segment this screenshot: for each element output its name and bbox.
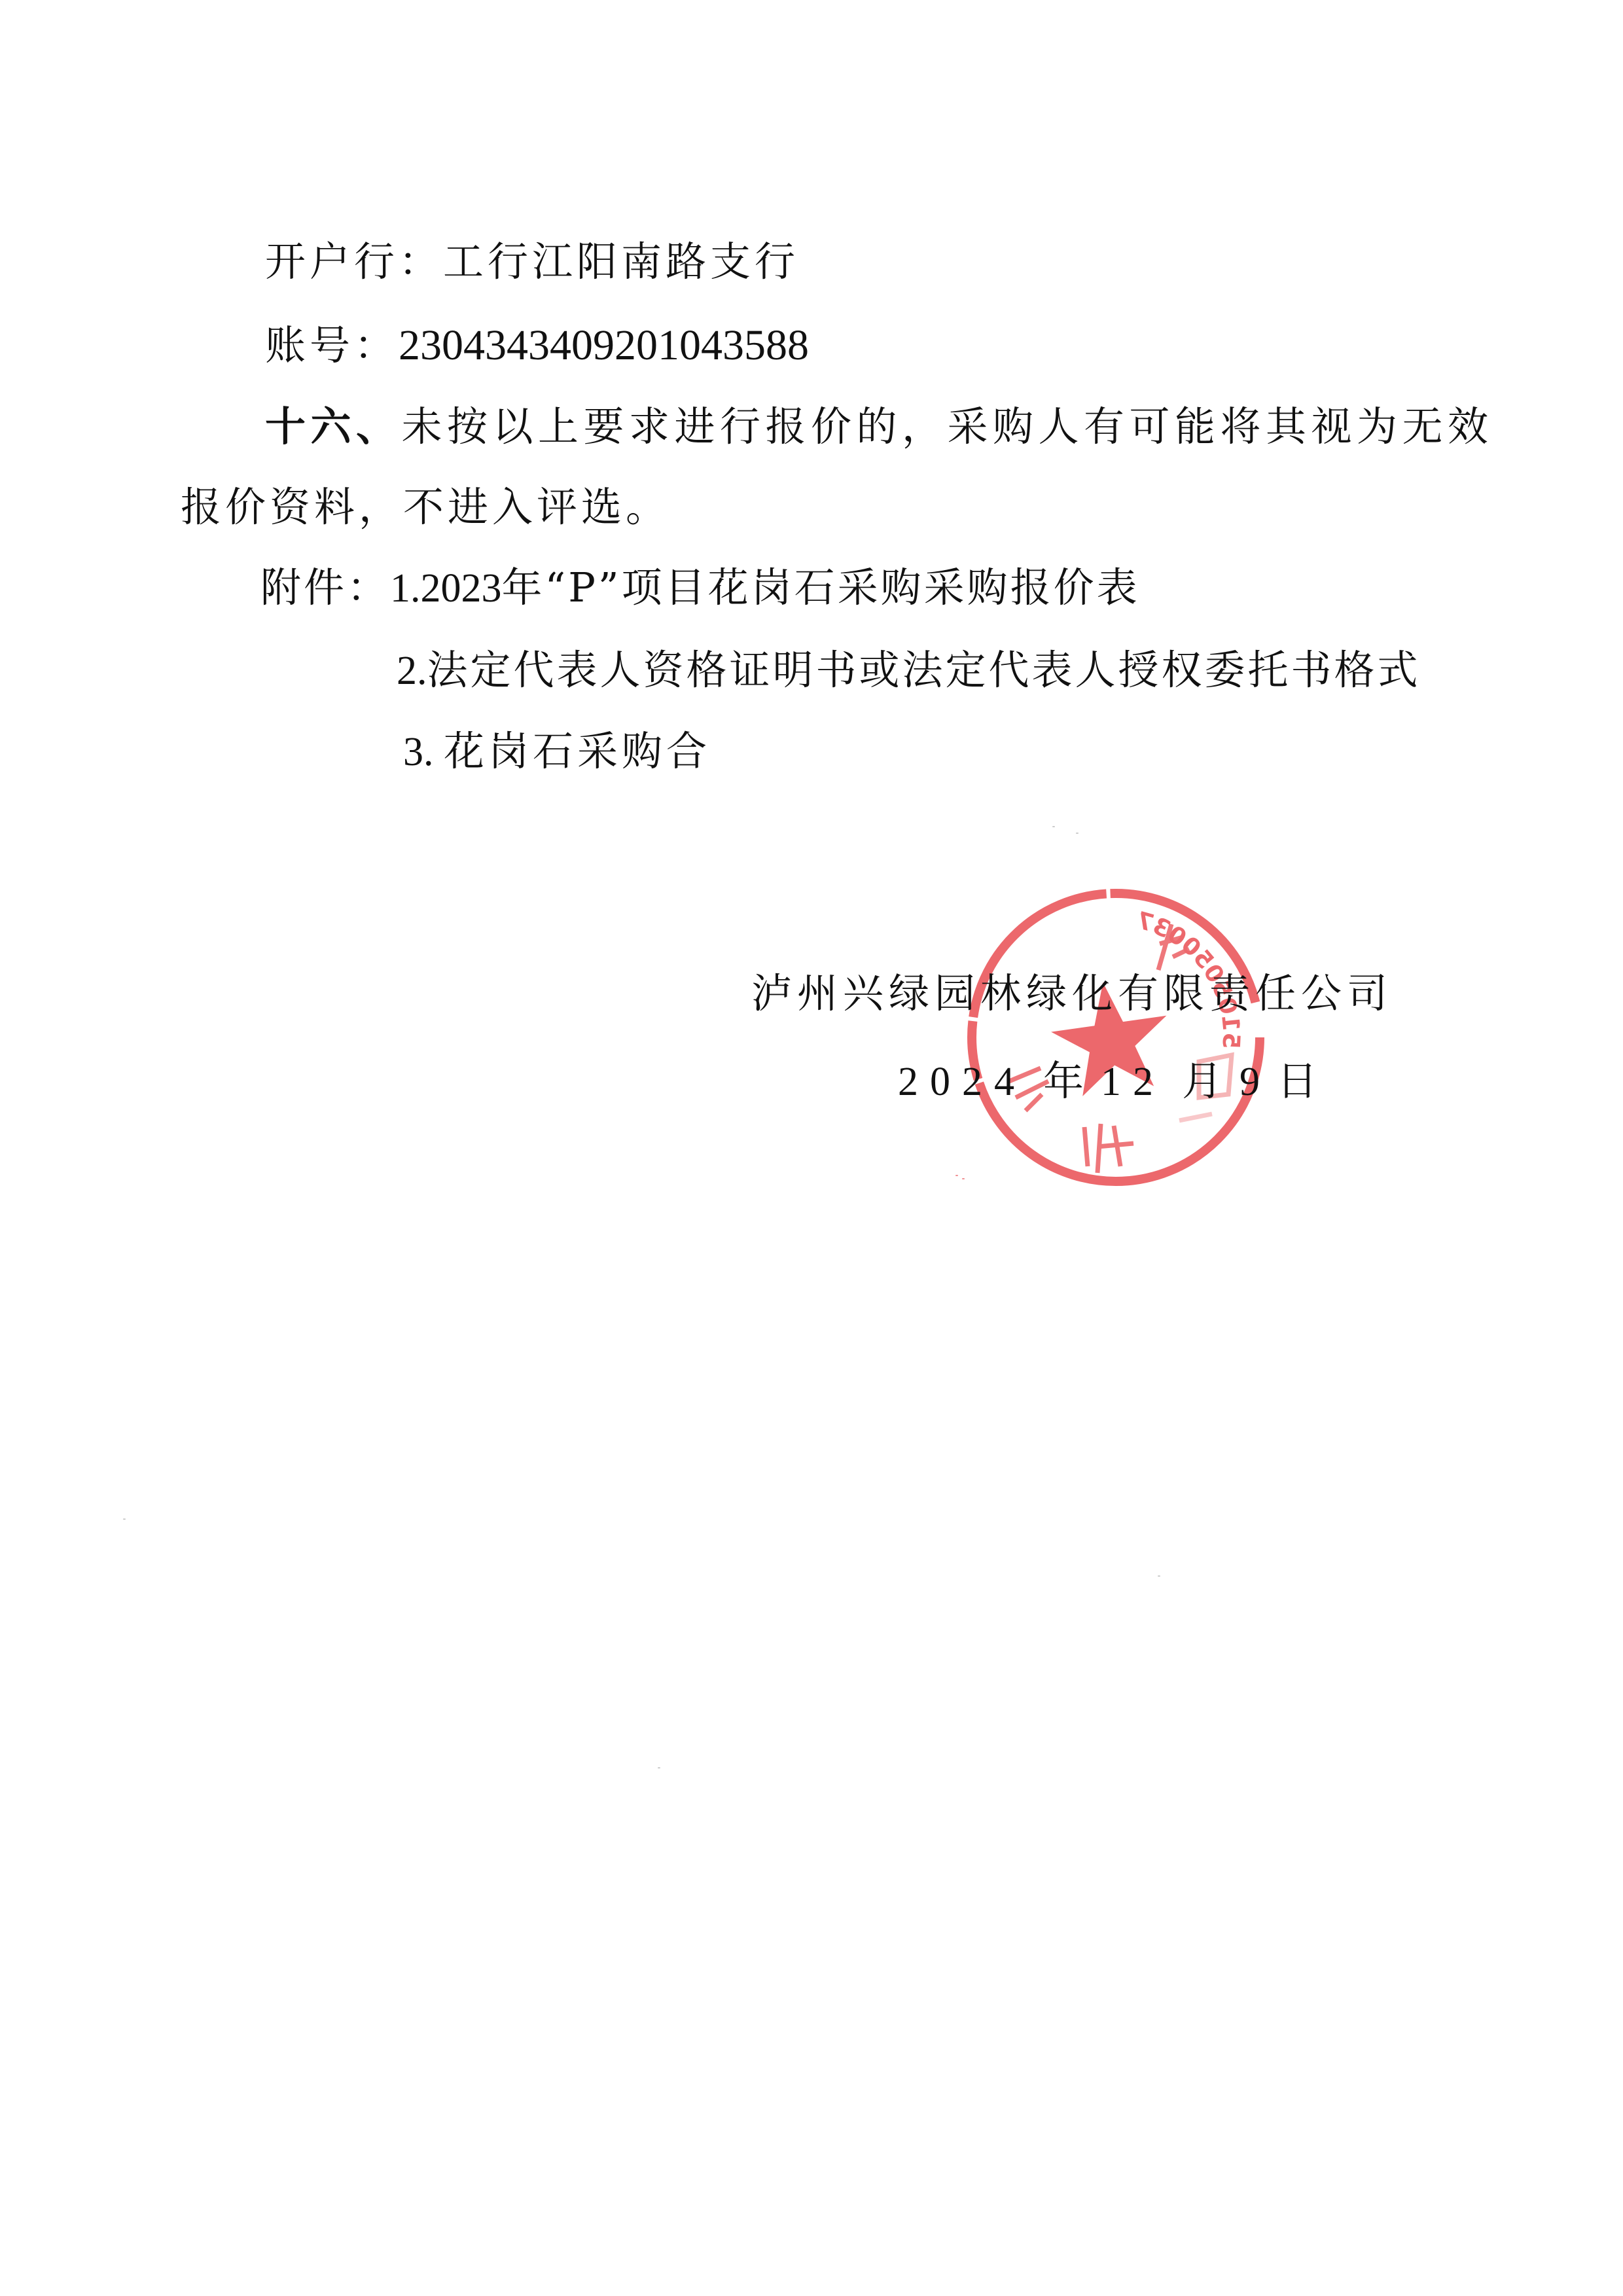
attachment-3-number: 3. — [403, 730, 444, 774]
clause-16-line-1: 十六、未按以上要求进行报价的，采购人有可能将其视为无效 — [265, 401, 1493, 453]
official-seal-icon: 5105050037 — [963, 885, 1268, 1190]
signature-date: 2024年12月9日 — [898, 1055, 1317, 1108]
date-month: 12 — [1101, 1056, 1165, 1108]
account-number: 2304343409201043588 — [399, 321, 809, 369]
attachment-2-number: 2. — [397, 649, 427, 693]
clause-text: 未按以上要求进行报价的，采购人有可能将其视为无效 — [402, 403, 1493, 450]
bank-label: 开户行： — [265, 238, 443, 285]
bank-name: 工行江阳南路支行 — [443, 238, 799, 285]
date-day: 9 — [1240, 1056, 1260, 1108]
attachments-label: 附件： — [260, 564, 390, 611]
seal-speck — [955, 1175, 958, 1176]
seal-speck — [962, 1178, 965, 1179]
scan-speck — [658, 1767, 660, 1768]
scan-speck — [1158, 1575, 1160, 1577]
attachment-item-1: 附件：1.2023年“P”项目花岗石采购采购报价表 — [260, 562, 1140, 615]
date-year-unit: 年 — [1043, 1055, 1084, 1107]
account-label: 账号： — [265, 321, 399, 369]
date-month-unit: 月 — [1182, 1055, 1222, 1107]
scan-speck — [123, 1518, 126, 1520]
bank-line: 开户行：工行江阳南路支行 — [265, 236, 799, 288]
attachment-2-title: 法定代表人资格证明书或法定代表人授权委托书格式 — [427, 646, 1421, 694]
clause-16-line-2: 报价资料，不进入评选。 — [181, 481, 670, 533]
document-page: 开户行：工行江阳南路支行 账号：2304343409201043588 十六、未… — [0, 0, 1623, 2296]
attachment-1-title: 年“P”项目花岗石采购采购报价表 — [502, 564, 1140, 611]
attachment-3-title: 花岗石采购合 — [444, 727, 711, 775]
attachment-item-2: 2.法定代表人资格证明书或法定代表人授权委托书格式 — [397, 644, 1421, 697]
attachment-1-number: 1.2023 — [390, 566, 502, 611]
account-line: 账号：2304343409201043588 — [265, 319, 809, 372]
scan-speck — [1076, 833, 1079, 834]
company-name: 泸州兴绿园林绿化有限责任公司 — [751, 967, 1393, 1020]
date-year: 2024 — [898, 1056, 1026, 1108]
scan-speck — [1052, 826, 1055, 827]
clause-text-continued: 报价资料，不进入评选。 — [181, 483, 670, 531]
attachment-item-3: 3. 花岗石采购合 — [403, 725, 711, 778]
date-day-unit: 日 — [1277, 1055, 1317, 1107]
clause-number: 十六、 — [265, 403, 402, 450]
